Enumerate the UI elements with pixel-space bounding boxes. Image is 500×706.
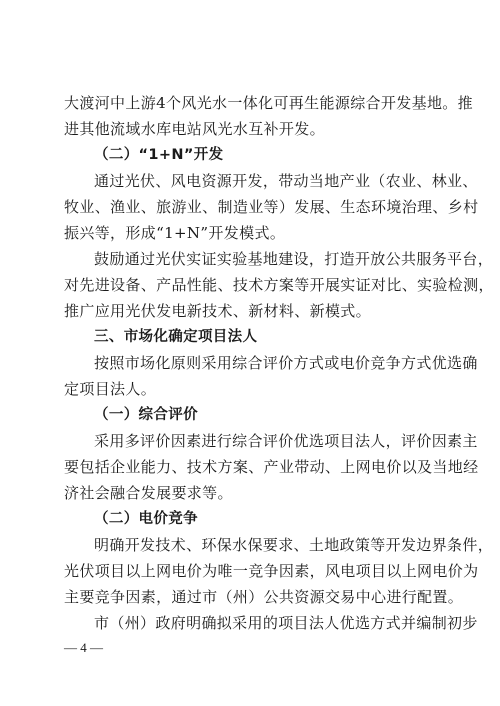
section-heading: 三、市场化确定项目法人 [94,327,428,347]
paragraph-line: 鼓励通过光伏实证实验基地建设，打造开放公共服务平台， [94,249,428,269]
paragraph-line: 要包括企业能力、技术方案、产业带动、上网电价以及当地经 [64,457,428,477]
paragraph-line: 济社会融合发展要求等。 [64,483,428,503]
paragraph-line: 牧业、渔业、旅游业、制造业等）发展、生态环境治理、乡村 [64,197,428,217]
paragraph-line: 振兴等，形成“1+N”开发模式。 [64,223,428,243]
paragraph-line: 大渡河中上游4个风光水一体化可再生能源综合开发基地。推 [64,93,428,113]
page-number: — 4 — [64,640,103,656]
paragraph-line: 主要竞争因素，通过市（州）公共资源交易中心进行配置。 [64,587,428,607]
paragraph-line: 市（州）政府明确拟采用的项目法人优选方式并编制初步 [94,613,428,633]
paragraph-line: 通过光伏、风电资源开发，带动当地产业（农业、林业、 [94,171,428,191]
paragraph-line: 明确开发技术、环保水保要求、土地政策等开发边界条件， [94,535,428,555]
subsection-heading: （二）“1+N”开发 [94,145,428,165]
document-page: 大渡河中上游4个风光水一体化可再生能源综合开发基地。推 进其他流域水库电站风光水… [0,0,500,706]
paragraph-line: 定项目法人。 [64,379,428,399]
paragraph-line: 按照市场化原则采用综合评价方式或电价竞争方式优选确 [94,353,428,373]
paragraph-line: 光伏项目以上网电价为唯一竞争因素，风电项目以上网电价为 [64,561,428,581]
paragraph-line: 对先进设备、产品性能、技术方案等开展实证对比、实验检测， [64,275,428,295]
paragraph-line: 进其他流域水库电站风光水互补开发。 [64,119,428,139]
subsection-heading: （二）电价竞争 [94,509,428,529]
paragraph-line: 采用多评价因素进行综合评价优选项目法人，评价因素主 [94,431,428,451]
subsection-heading: （一）综合评价 [94,405,428,425]
paragraph-line: 推广应用光伏发电新技术、新材料、新模式。 [64,301,428,321]
